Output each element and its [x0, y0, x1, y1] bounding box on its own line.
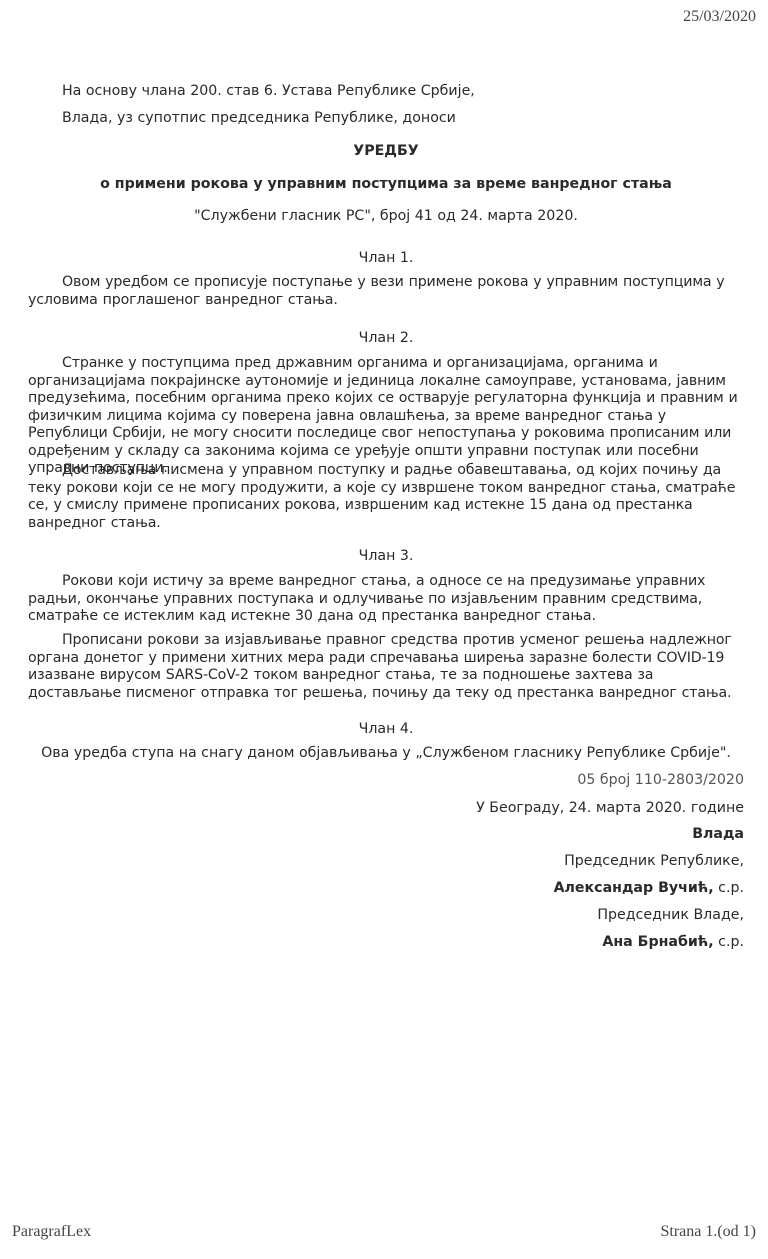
article-1-paragraph-1: Овом уредбом се прописује поступање у ве…: [28, 274, 744, 309]
gazette-reference: "Службени гласник РС", број 41 од 24. ма…: [28, 208, 744, 226]
article-2-paragraph-1: Странке у поступцима пред државним орган…: [28, 355, 744, 478]
article-2-label: Члан 2.: [28, 330, 744, 348]
article-4-paragraph-1: Ова уредба ступа на снагу даном објављив…: [28, 745, 744, 763]
preamble-line-2: Влада, уз супотпис председника Републике…: [62, 110, 456, 128]
article-2-paragraph-2: Достављања писмена у управном поступку и…: [28, 462, 744, 532]
signer-2-signature: Ана Брнабић, с.р.: [602, 934, 744, 952]
document-heading: УРЕДБУ: [28, 143, 744, 161]
signer-1-signature: Александар Вучић, с.р.: [554, 880, 744, 898]
signer-1-name: Александар Вучић,: [554, 880, 714, 896]
signer-2-suffix: с.р.: [714, 934, 744, 950]
document-subtitle: о примени рокова у управним поступцима з…: [28, 176, 744, 194]
signer-1-title: Председник Републике,: [564, 853, 744, 871]
document-number: 05 број 110-2803/2020: [577, 772, 744, 790]
signer-1-suffix: с.р.: [714, 880, 744, 896]
article-3-paragraph-2: Прописани рокови за изјављивање правног …: [28, 632, 744, 702]
article-3-paragraph-1: Рокови који истичу за време ванредног ст…: [28, 573, 744, 626]
preamble-line-1: На основу члана 200. став 6. Устава Репу…: [62, 83, 475, 101]
signer-2-title: Председник Владе,: [597, 907, 744, 925]
article-3-label: Члан 3.: [28, 548, 744, 566]
print-date: 25/03/2020: [683, 8, 756, 26]
footer-page-number: Strana 1.(od 1): [660, 1223, 756, 1241]
article-1-label: Члан 1.: [28, 250, 744, 268]
signer-2-name: Ана Брнабић,: [602, 934, 713, 950]
place-and-date: У Београду, 24. марта 2020. године: [476, 800, 744, 818]
footer-publisher: ParagrafLex: [12, 1223, 91, 1241]
article-4-label: Члан 4.: [28, 721, 744, 739]
issuing-body: Влада: [692, 826, 744, 844]
